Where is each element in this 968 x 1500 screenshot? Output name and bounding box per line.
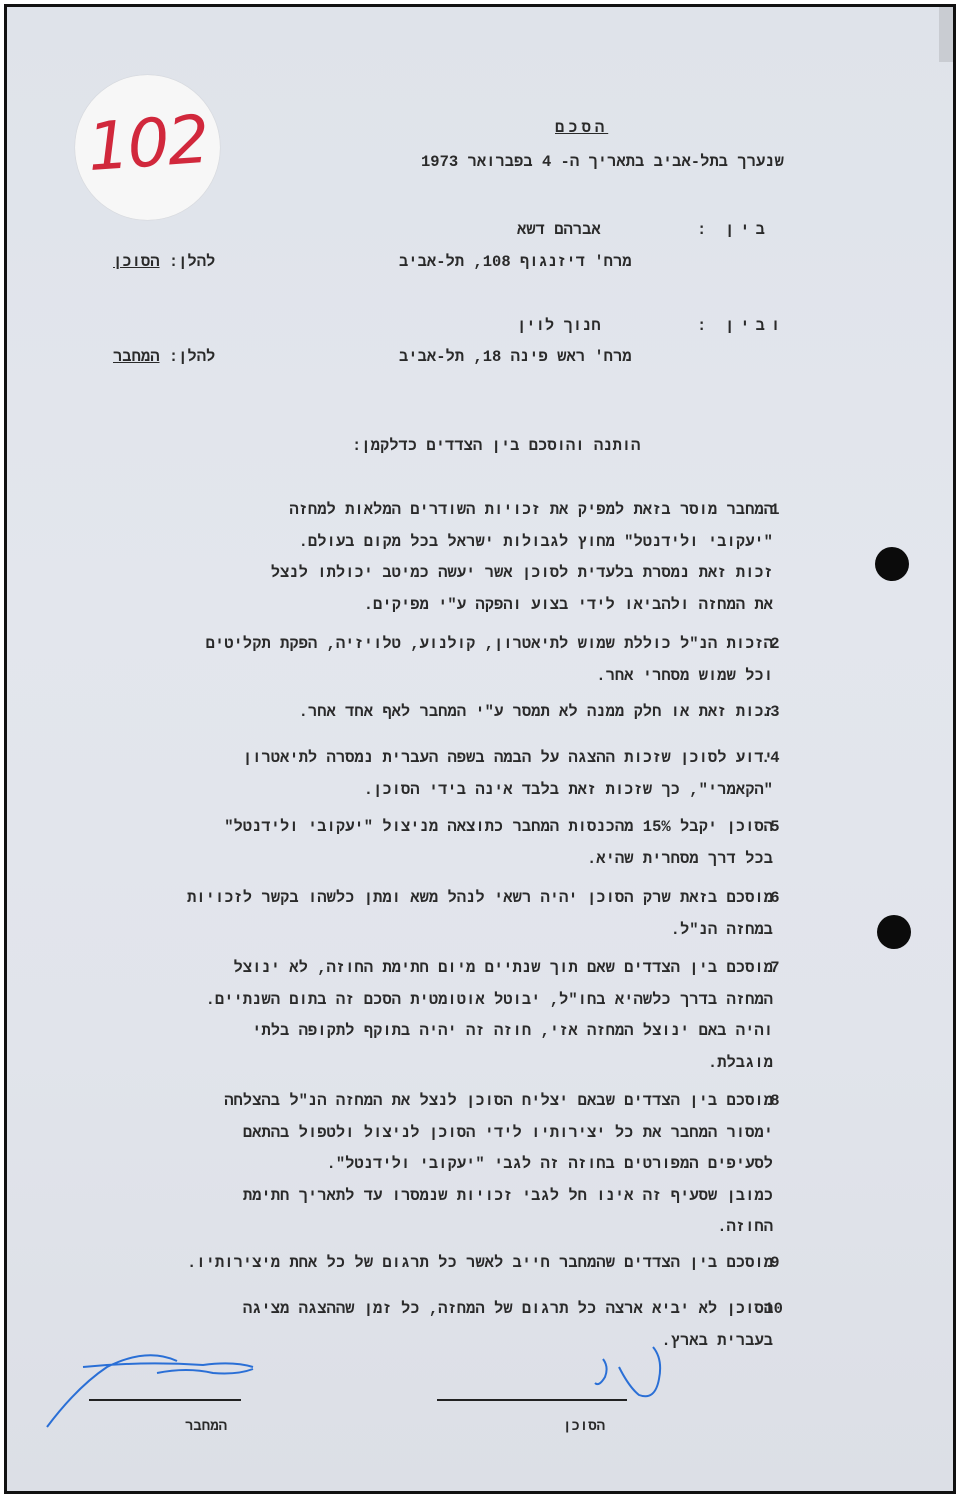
document-page: 102 הסכם שנערך בתל-אביב בתאריך ה- 4 בפבר… xyxy=(4,4,956,1494)
agent-signature-stroke xyxy=(7,7,968,1500)
